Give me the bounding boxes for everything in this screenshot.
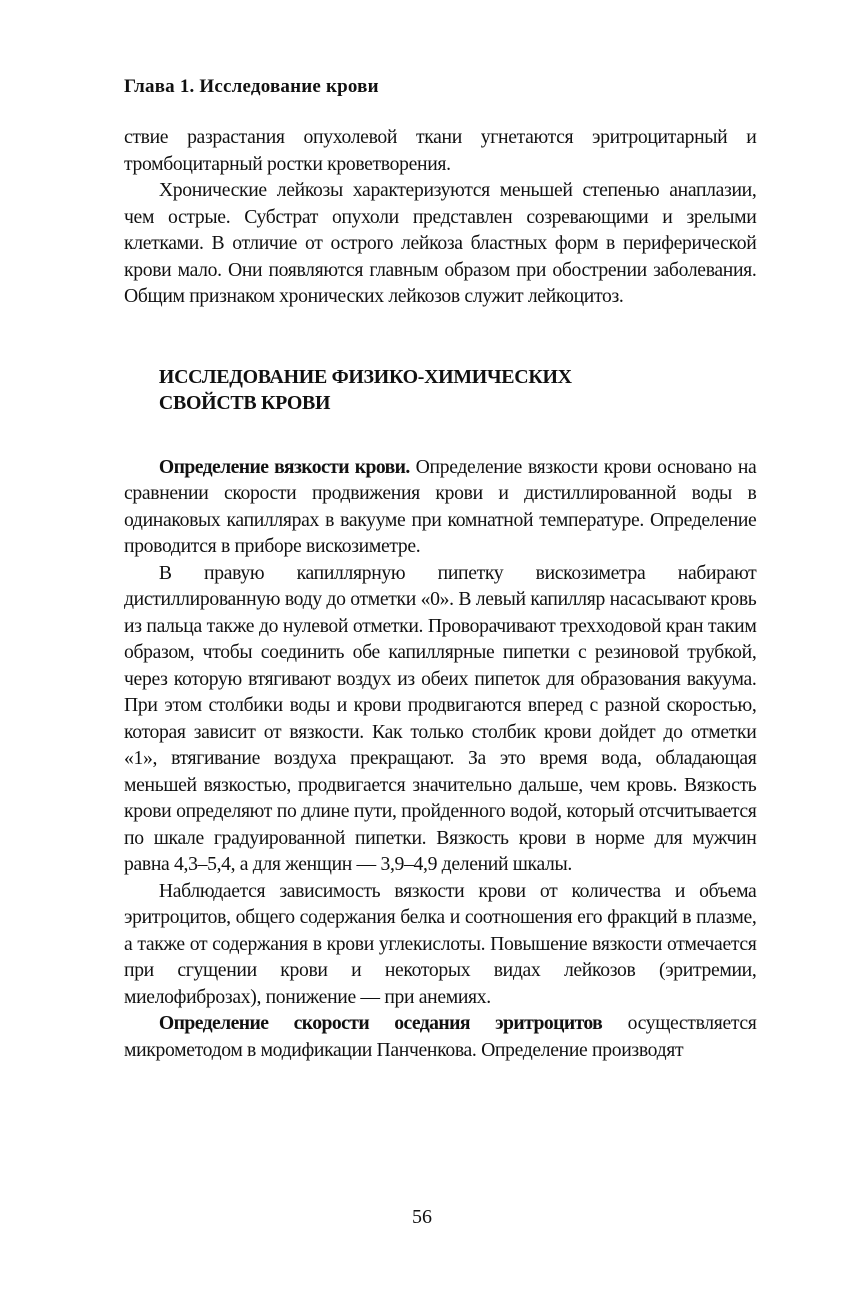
- body-text: ствие разрастания опухолевой ткани угнет…: [124, 124, 756, 1063]
- paragraph-viscosity: Определение вязкости крови. Определение …: [124, 454, 756, 560]
- paragraph-chronic-leukemia: Хронические лейкозы характеризуются мень…: [124, 177, 756, 310]
- paragraph-viscometer-procedure: В правую капиллярную пипетку вискозиметр…: [124, 560, 756, 878]
- section-heading: ИССЛЕДОВАНИЕ ФИЗИКО-ХИМИЧЕСКИХ СВОЙСТВ К…: [159, 364, 757, 416]
- paragraph-esr: Определение скорости оседания эритроцито…: [124, 1010, 756, 1063]
- book-page: Глава 1. Исследование крови ствие разрас…: [0, 0, 844, 1311]
- page-number: 56: [0, 1206, 844, 1229]
- paragraph-viscosity-dependence: Наблюдается зависимость вязкости крови о…: [124, 878, 756, 1011]
- section-heading-line-2: СВОЙСТВ КРОВИ: [159, 390, 757, 416]
- paragraph-leukemia-continuation: ствие разрастания опухолевой ткани угнет…: [124, 124, 756, 177]
- run-in-heading-viscosity: Определение вязкости крови.: [159, 456, 410, 478]
- run-in-heading-esr: Определение скорости оседания эритроцито…: [159, 1012, 602, 1034]
- section-heading-line-1: ИССЛЕДОВАНИЕ ФИЗИКО-ХИМИЧЕСКИХ: [159, 364, 757, 390]
- running-head: Глава 1. Исследование крови: [124, 76, 379, 98]
